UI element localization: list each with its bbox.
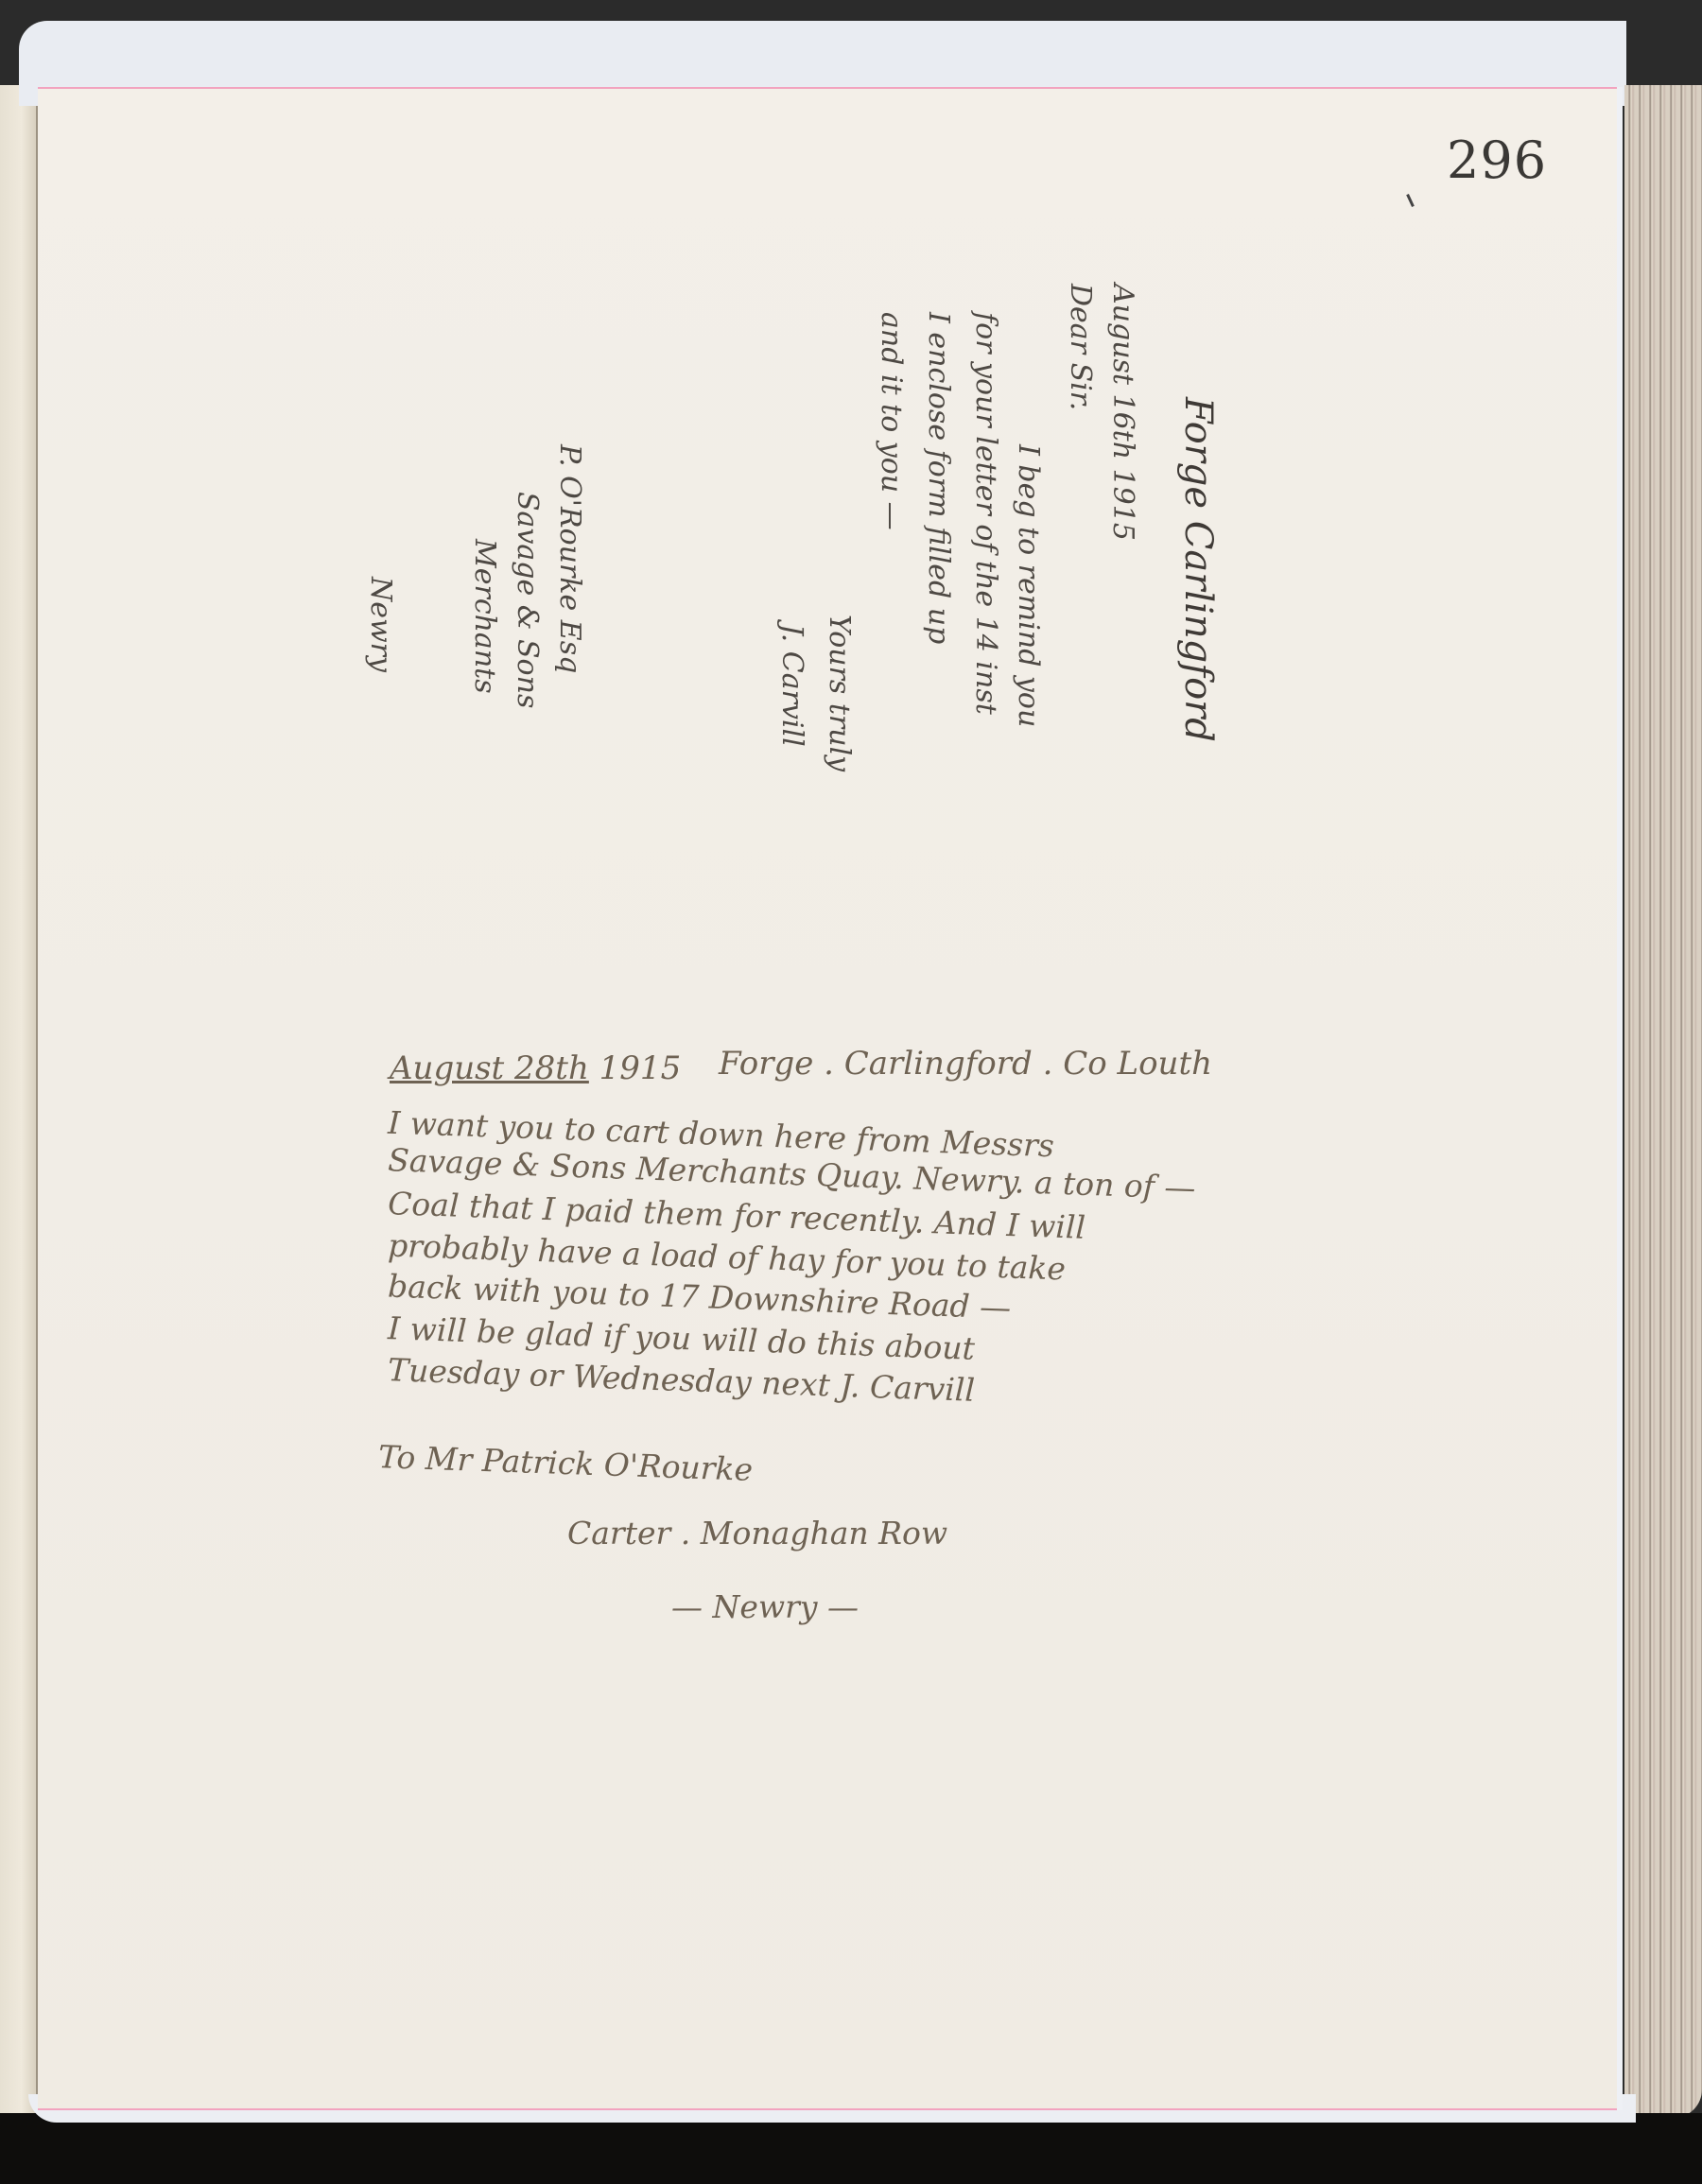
rotated-addressee-line: Newry	[364, 577, 397, 672]
letter-year: 1915	[599, 1049, 682, 1087]
rotated-salutation: Dear Sir.	[1064, 284, 1097, 410]
rotated-heading: Forge Carlingford	[1176, 397, 1220, 742]
rotated-line: for your letter of the 14 inst	[969, 312, 1002, 715]
letter-date-line: August 28th 1915	[390, 1049, 681, 1087]
letter-address: Forge . Carlingford . Co Louth	[719, 1045, 1212, 1083]
rotated-line: and it to you —	[875, 312, 908, 530]
rotated-line: I beg to remind you	[1012, 444, 1045, 727]
rotated-date: August 16th 1915	[1106, 284, 1139, 541]
rotated-addressee-line: Savage & Sons	[511, 492, 544, 708]
letter-addressee-line: — Newry —	[671, 1588, 859, 1625]
book-fore-edge	[1624, 85, 1702, 2118]
letter-date: August 28th	[390, 1049, 589, 1087]
rotated-signature: J. Carvill	[775, 624, 808, 747]
letter-addressee-line: Carter . Monaghan Row	[567, 1515, 947, 1551]
rotated-closing: Yours truly	[823, 615, 856, 771]
rotated-addressee: P. O'Rourke Esq	[553, 444, 586, 673]
rotated-line: I enclose form filled up	[922, 312, 955, 644]
scan-background	[0, 2113, 1702, 2184]
letterbook-page	[38, 87, 1623, 2110]
left-page-edge	[0, 85, 38, 2118]
rotated-addressee-line: Merchants	[468, 539, 501, 694]
page-number: 296	[1447, 130, 1547, 190]
